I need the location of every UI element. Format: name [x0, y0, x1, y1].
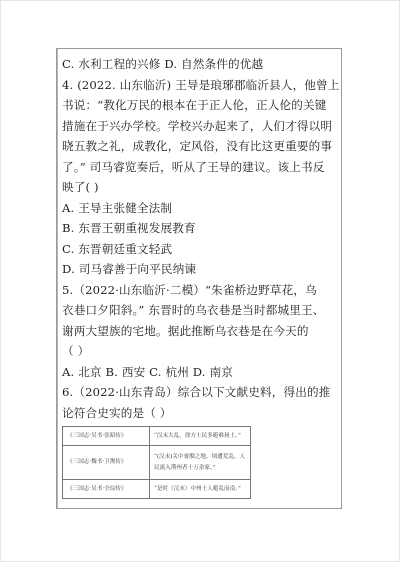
q4-line: 了。” 司马睿览奏后，听从了王导的建议。该上书反 — [62, 157, 340, 178]
q5-line: 衣巷口夕阳斜。” 东晋时的乌衣巷是当时都城里王、 — [62, 300, 340, 321]
q5-options: A. 北京 B. 西安 C. 杭州 D. 南京 — [62, 362, 340, 383]
q6-line: 6.（2022·山东青岛）综合以下文献史料，得出的推 — [62, 382, 340, 403]
source-book: 《三国志·吴书·全琮传》 — [63, 480, 150, 499]
q3-options-tail: C. 水利工程的兴修 D. 自然条件的优越 — [62, 54, 340, 75]
source-row: 《三国志·吴书·全琮传》 “是时（汉末）中州士人避乱而南。” — [63, 480, 251, 499]
q4-option-c: C. 东晋朝廷重文轻武 — [62, 239, 340, 260]
document-table: C. 水利工程的兴修 D. 自然条件的优越 4. (2022. 山东临沂) 王导… — [56, 48, 342, 509]
q4-line: 措施在于兴办学校。学校兴办起来了，人们才得以明 — [62, 116, 340, 137]
q5-line: 谢两大望族的宅地。据此推断乌衣巷是在今天的 — [62, 321, 340, 342]
source-quote: “是时（汉末）中州士人避乱而南。” — [150, 480, 251, 499]
source-row: 《三国志·魏书·卫觊传》 “(汉末)关中膏腴之地，顷遭荒乱，人民流入荆州者十万余… — [63, 446, 251, 480]
source-book: 《三国志·吴书·张昭传》 — [63, 427, 150, 446]
source-row: 《三国志·吴书·张昭传》 “汉末大乱，徐方士民多避难扬土。” — [63, 427, 251, 446]
source-quote: “(汉末)关中膏腴之地，顷遭荒乱，人民流入荆州者十万余家。” — [150, 446, 251, 480]
q4-line: 4. (2022. 山东临沂) 王导是琅琊郡临沂县人，他曾上 — [62, 75, 340, 96]
q6-line: 论符合史实的是（ ） — [62, 403, 340, 424]
source-book: 《三国志·魏书·卫觊传》 — [63, 446, 150, 480]
q4-option-d: D. 司马睿善于向平民纳谏 — [62, 259, 340, 280]
q5-line: 5.（2022·山东临沂·二模）“朱雀桥边野草花，乌 — [62, 280, 340, 301]
q4-line: 映了( ) — [62, 177, 340, 198]
q5-line: （ ） — [62, 341, 340, 362]
q4-line: 书说：“教化万民的根本在于正人伦，正人伦的关键 — [62, 95, 340, 116]
question-column: C. 水利工程的兴修 D. 自然条件的优越 4. (2022. 山东临沂) 王导… — [58, 49, 344, 508]
q4-line: 晓五教之礼，成教化，定风俗，没有比这更重要的事 — [62, 136, 340, 157]
source-quote: “汉末大乱，徐方士民多避难扬土。” — [150, 427, 251, 446]
source-table: 《三国志·吴书·张昭传》 “汉末大乱，徐方士民多避难扬土。” 《三国志·魏书·卫… — [62, 426, 251, 499]
q4-option-b: B. 东晋王朝重视发展教育 — [62, 218, 340, 239]
q4-option-a: A. 王导主张健全法制 — [62, 198, 340, 219]
